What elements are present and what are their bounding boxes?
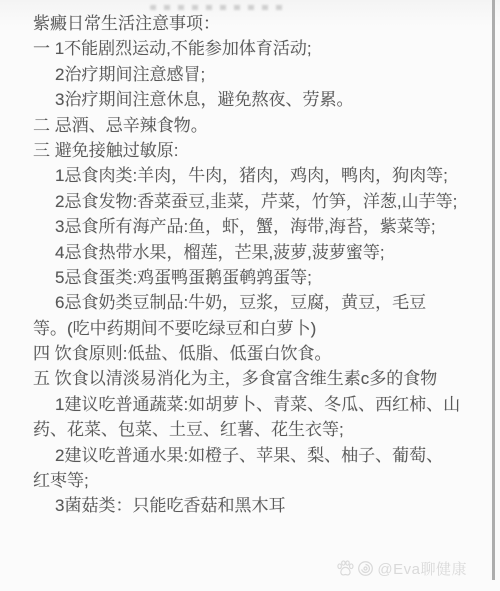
text-line: 等。(吃中药期间不要吃绿豆和白萝卜) xyxy=(33,316,492,341)
text-line: 3菌菇类：只能吃香菇和黑木耳 xyxy=(33,493,492,518)
note-text-block: 紫癜日常生活注意事项： 一 1不能剧烈运动,不能参加体育活动; 2治疗期间注意感… xyxy=(33,11,492,519)
text-line: 二 忌酒、忌辛辣食物。 xyxy=(33,113,492,138)
text-line: 3治疗期间注意休息，避免熬夜、劳累。 xyxy=(33,87,492,112)
watermark: @Eva聊健康 xyxy=(336,558,467,579)
text-line: 4忌食热带水果，榴莲，芒果,菠萝,菠萝蜜等; xyxy=(33,240,492,265)
text-line: 红枣等; xyxy=(33,468,492,493)
text-line: 三 避免接触过敏原: xyxy=(33,138,492,163)
watermark-logo-icon xyxy=(357,560,374,577)
text-line: 3忌食所有海产品:鱼，虾，蟹，海带,海苔，紫菜等; xyxy=(33,214,492,239)
text-line: 五 饮食以清淡易消化为主，多食富含维生素c多的食物 xyxy=(33,366,492,391)
text-line: 一 1不能剧烈运动,不能参加体育活动; xyxy=(33,36,492,61)
text-line: 四 饮食原则:低盐、低脂、低蛋白饮食。 xyxy=(33,341,492,366)
baidu-paw-icon xyxy=(336,560,354,577)
text-line: 6忌食奶类豆制品:牛奶，豆浆，豆腐，黄豆，毛豆 xyxy=(33,290,492,315)
cropped-text-artifact xyxy=(150,5,290,10)
text-line: 2建议吃普通水果:如橙子、苹果、梨、柚子、葡萄、 xyxy=(33,443,492,468)
page-title: 紫癜日常生活注意事项： xyxy=(33,11,492,36)
watermark-handle: @Eva聊健康 xyxy=(377,558,467,579)
text-line: 1建议吃普通蔬菜:如胡萝卜、青菜、冬瓜、西红柿、山 xyxy=(33,392,492,417)
text-line: 2治疗期间注意感冒; xyxy=(33,62,492,87)
text-line: 1忌食肉类:羊肉，牛肉，猪肉，鸡肉，鸭肉，狗肉等; xyxy=(33,163,492,188)
text-line: 5忌食蛋类:鸡蛋鸭蛋鹅蛋鹌鹑蛋等; xyxy=(33,265,492,290)
right-edge-divider xyxy=(492,0,495,580)
text-line: 药、花菜、包菜、土豆、红薯、花生衣等; xyxy=(33,417,492,442)
document-page: 紫癜日常生活注意事项： 一 1不能剧烈运动,不能参加体育活动; 2治疗期间注意感… xyxy=(0,0,500,591)
text-line: 2忌食发物:香菜蚕豆,韭菜，芹菜，竹笋，洋葱,山芋等; xyxy=(33,189,492,214)
